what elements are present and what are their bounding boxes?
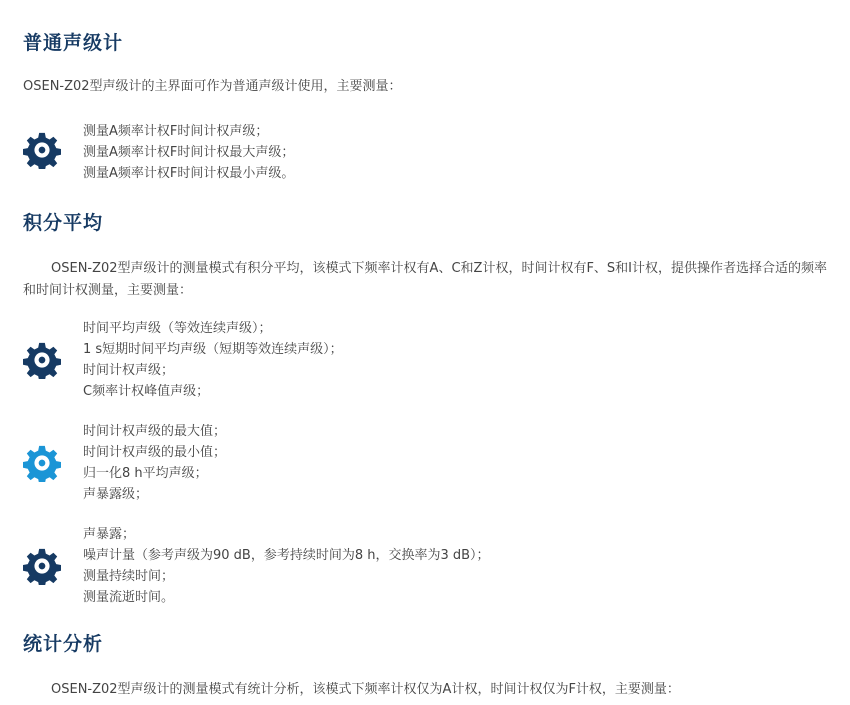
list-item: 时间计权声级的最大值； — [83, 421, 226, 442]
list-item: 测量A频率计权F时间计权最小声级。 — [83, 163, 294, 184]
list-item: 声暴露； — [83, 524, 490, 545]
section-title-statistics: 统计分析 — [23, 629, 103, 656]
measurement-list-integral-2: 时间计权声级的最大值； 时间计权声级的最小值； 归一化8 h平均声级； 声暴露级… — [83, 421, 226, 505]
measurement-list-normal: 测量A频率计权F时间计权声级； 测量A频率计权F时间计权最大声级； 测量A频率计… — [83, 121, 294, 184]
section-title-normal: 普通声级计 — [23, 28, 123, 55]
list-item: 归一化8 h平均声级； — [83, 463, 226, 484]
measurement-list-integral-1: 时间平均声级（等效连续声级）； 1 s短期时间平均声级（短期等效连续声级）； 时… — [83, 318, 343, 402]
section-intro-integral: OSEN-Z02型声级计的测量模式有积分平均，该模式下频率计权有A、C和Z计权，… — [23, 258, 833, 302]
list-item: 1 s短期时间平均声级（短期等效连续声级）； — [83, 339, 343, 360]
list-item: 测量流逝时间。 — [83, 587, 490, 608]
measurement-list-integral-3: 声暴露； 噪声计量（参考声级为90 dB，参考持续时间为8 h，交换率为3 dB… — [83, 524, 490, 608]
list-item: C频率计权峰值声级； — [83, 381, 343, 402]
section-title-integral: 积分平均 — [23, 208, 103, 235]
list-item: 测量A频率计权F时间计权最大声级； — [83, 142, 294, 163]
list-item: 噪声计量（参考声级为90 dB，参考持续时间为8 h，交换率为3 dB）； — [83, 545, 490, 566]
list-item: 测量A频率计权F时间计权声级； — [83, 121, 294, 142]
list-item: 时间计权声级； — [83, 360, 343, 381]
list-item: 时间平均声级（等效连续声级）； — [83, 318, 343, 339]
list-item: 声暴露级； — [83, 484, 226, 505]
gear-icon — [23, 131, 61, 169]
list-item: 时间计权声级的最小值； — [83, 442, 226, 463]
gear-icon — [23, 444, 61, 482]
gear-icon — [23, 547, 61, 585]
gear-icon — [23, 341, 61, 379]
section-intro-normal: OSEN-Z02型声级计的主界面可作为普通声级计使用，主要测量： — [23, 76, 833, 98]
list-item: 测量持续时间； — [83, 566, 490, 587]
section-intro-statistics: OSEN-Z02型声级计的测量模式有统计分析，该模式下频率计权仅为A计权，时间计… — [23, 679, 833, 701]
